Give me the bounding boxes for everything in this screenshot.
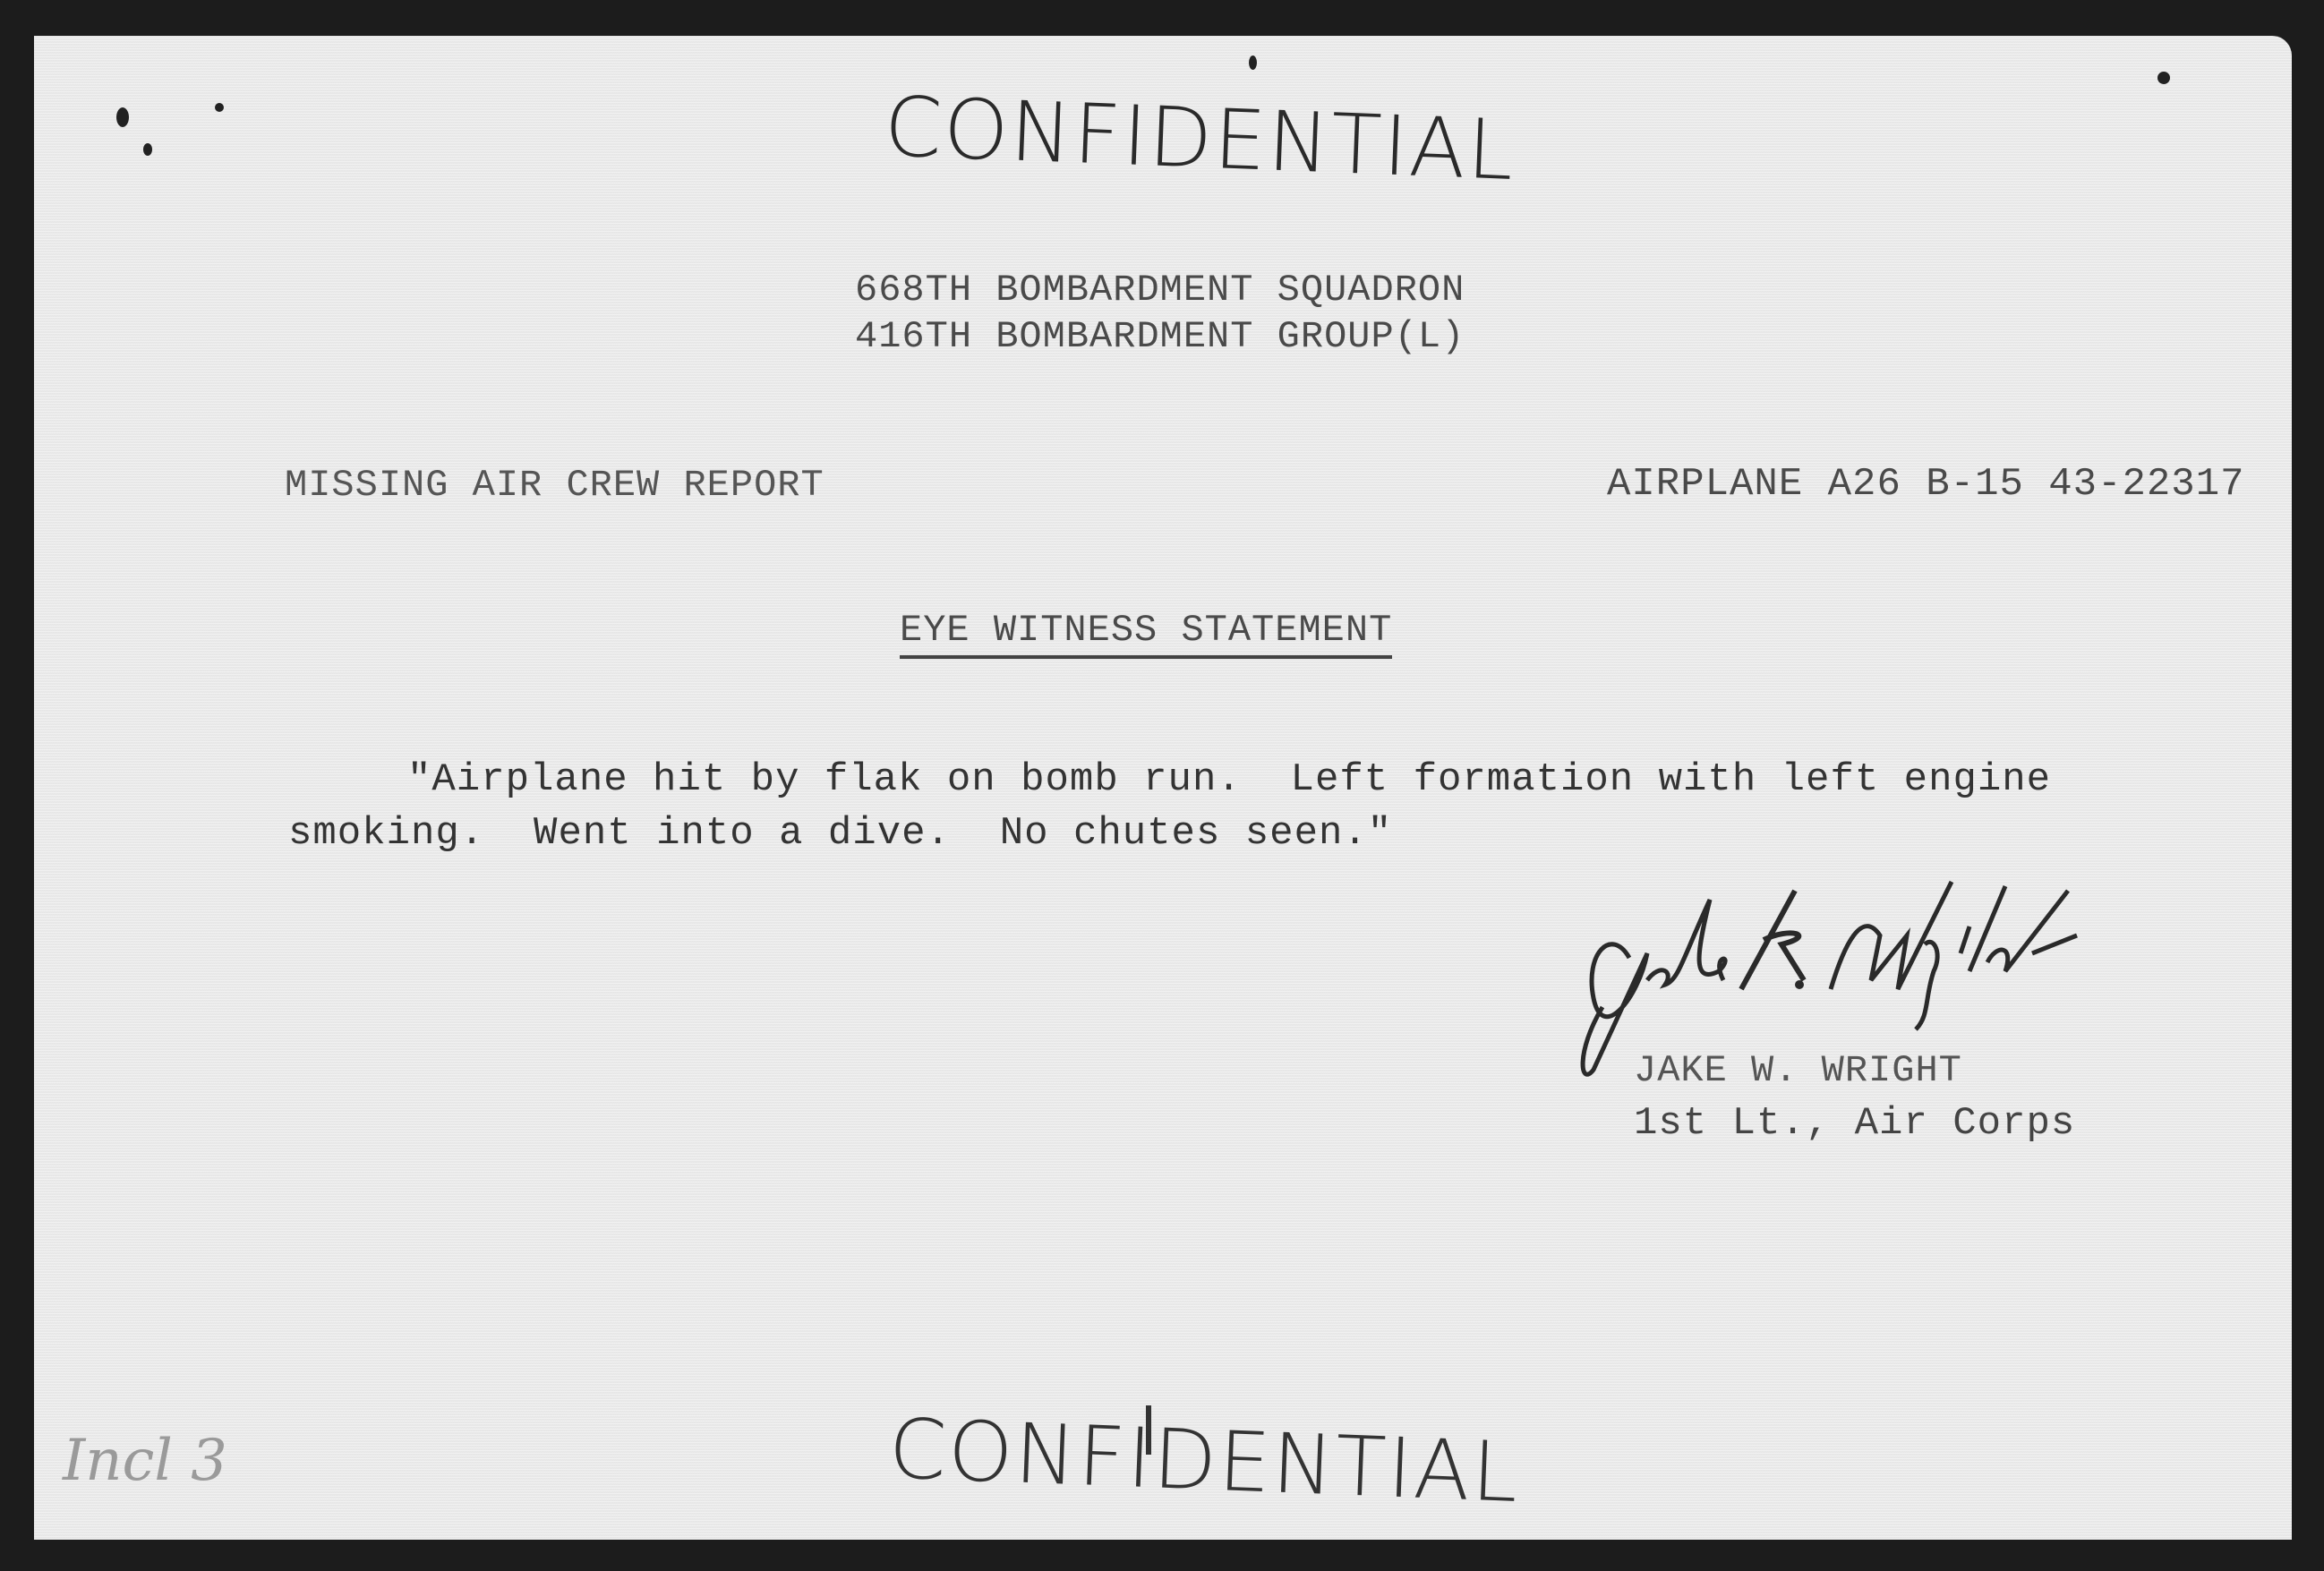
signatory-name: JAKE W. WRIGHT — [1634, 1049, 1962, 1092]
page-mark — [1146, 1405, 1151, 1455]
ink-speck — [143, 143, 152, 156]
handwritten-signature — [1576, 873, 2131, 1079]
airplane-identifier: AIRPLANE A26 B-15 43-22317 — [1607, 462, 2245, 507]
statement-line-2: smoking. Went into a dive. No chutes see… — [288, 811, 1392, 856]
signatory-rank: 1st Lt., Air Corps — [1634, 1101, 2075, 1146]
ink-speck — [116, 107, 129, 127]
margin-note: Incl 3 — [63, 1428, 227, 1494]
statement-heading: EYE WITNESS STATEMENT — [900, 609, 1392, 659]
ink-speck — [2157, 72, 2170, 84]
squadron-line: 668TH BOMBARDMENT SQUADRON — [855, 269, 1465, 312]
report-title: MISSING AIR CREW REPORT — [285, 464, 825, 507]
ink-speck — [215, 103, 224, 112]
ink-speck — [1249, 55, 1257, 70]
group-line: 416TH BOMBARDMENT GROUP(L) — [855, 315, 1465, 358]
statement-line-1: "Airplane hit by flak on bomb run. Left … — [407, 757, 2051, 802]
